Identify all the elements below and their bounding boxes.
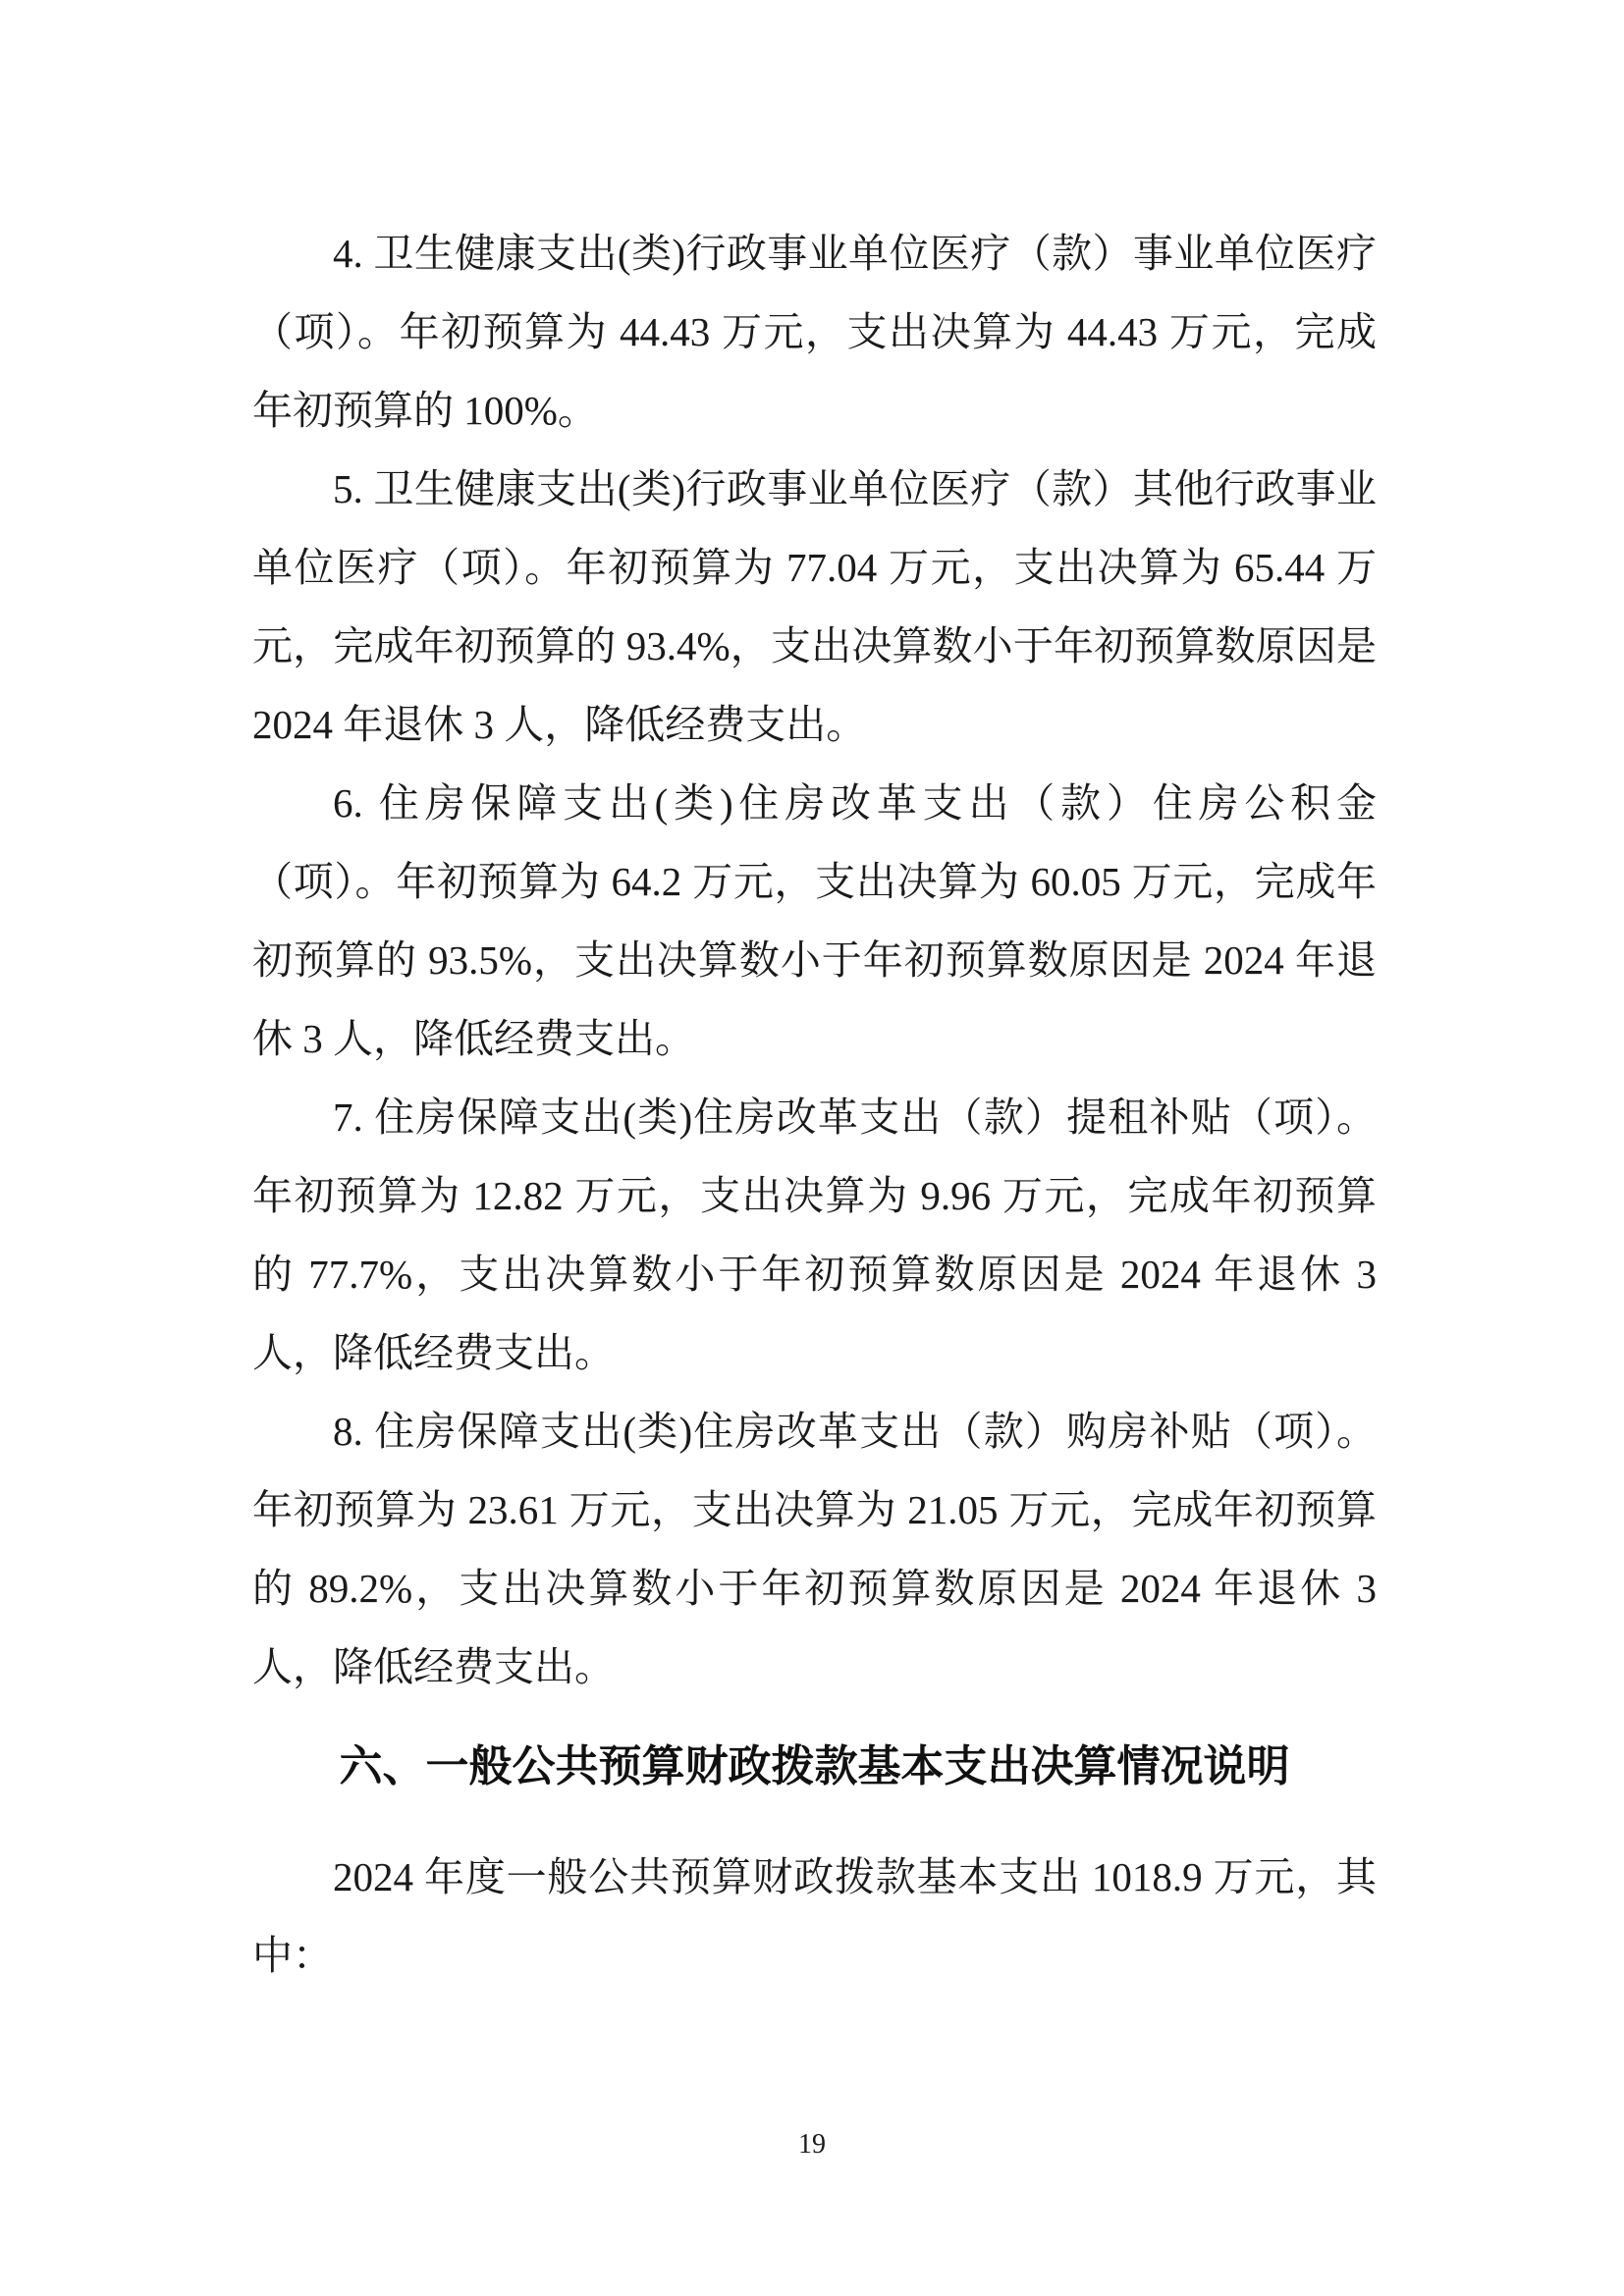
paragraph-item-8: 8. 住房保障支出(类)住房改革支出（款）购房补贴（项）。年初预算为 23.61… [252, 1392, 1377, 1706]
paragraph-item-6: 6. 住房保障支出(类)住房改革支出（款）住房公积金（项）。年初预算为 64.2… [252, 764, 1377, 1078]
document-page: 4. 卫生健康支出(类)行政事业单位医疗（款）事业单位医疗（项）。年初预算为 4… [0, 0, 1624, 2296]
paragraph-item-7: 7. 住房保障支出(类)住房改革支出（款）提租补贴（项）。年初预算为 12.82… [252, 1078, 1377, 1392]
paragraph-item-4: 4. 卫生健康支出(类)行政事业单位医疗（款）事业单位医疗（项）。年初预算为 4… [252, 214, 1377, 450]
paragraph-item-5: 5. 卫生健康支出(类)行政事业单位医疗（款）其他行政事业单位医疗（项）。年初预… [252, 450, 1377, 764]
closing-paragraph: 2024 年度一般公共预算财政拨款基本支出 1018.9 万元，其中： [252, 1838, 1377, 1995]
page-number: 19 [0, 2130, 1624, 2160]
section-heading: 六、一般公共预算财政拨款基本支出决算情况说明 [252, 1720, 1377, 1814]
document-body: 4. 卫生健康支出(类)行政事业单位医疗（款）事业单位医疗（项）。年初预算为 4… [252, 214, 1377, 1995]
